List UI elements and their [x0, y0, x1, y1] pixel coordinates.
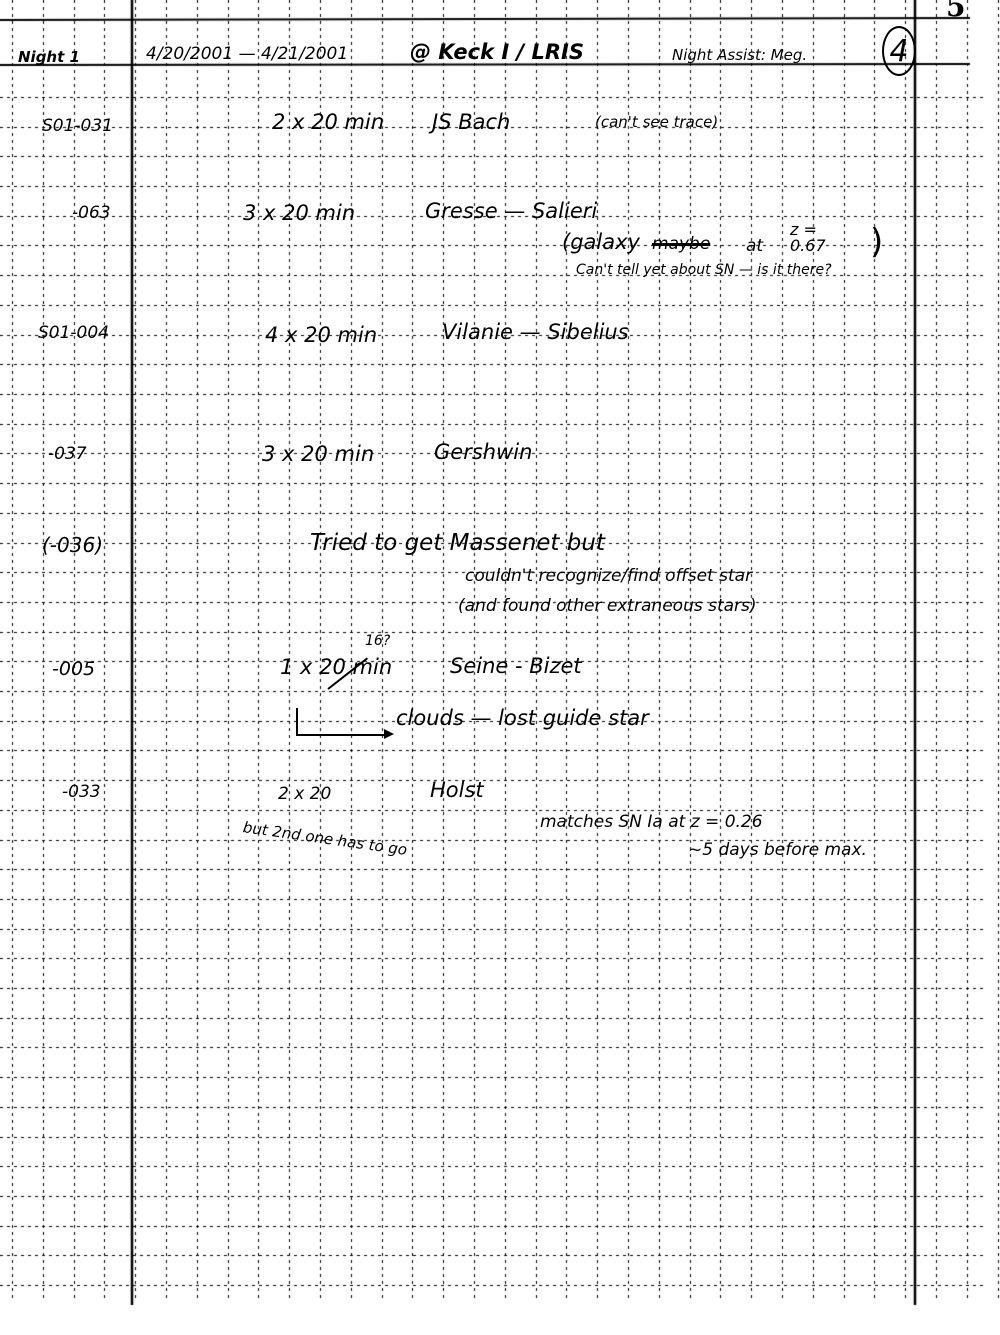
header-dates: 4/20/2001 — 4/21/2001 [146, 46, 348, 63]
circled-number-text: 4 [889, 34, 908, 69]
exposure: 1 x 20 min [280, 657, 392, 678]
note: (can't see trace) [595, 115, 718, 130]
exposure: 3 x 20 min [243, 203, 355, 224]
exposure-correction: 16? [365, 634, 390, 648]
target-id: -037 [48, 446, 87, 463]
note: couldn't recognize/find offset star [465, 568, 752, 585]
page-number: 5 [946, 0, 965, 23]
exposure: 3 x 20 min [262, 444, 374, 465]
arrow-connector [296, 708, 388, 736]
note: matches SN Ia at z = 0.26 [540, 814, 763, 831]
note: ~5 days before max. [688, 842, 867, 859]
note: Can't tell yet about SN — is it there? [576, 263, 832, 277]
object-name: Seine - Bizet [450, 656, 582, 677]
note: clouds — lost guide star [396, 708, 649, 729]
note: (and found other extraneous stars) [458, 598, 757, 615]
note: Tried to get Massenet but [310, 532, 605, 555]
target-id: -033 [62, 784, 101, 801]
target-id: -063 [72, 205, 111, 222]
circled-sheet-number: 4 [882, 26, 916, 76]
object-name: Vilanie — Sibelius [442, 322, 629, 343]
exposure: 4 x 20 min [265, 325, 377, 346]
exposure: 2 x 20 [278, 786, 331, 803]
object-name: Holst [430, 780, 484, 801]
note: ) [870, 225, 883, 259]
note-redshift: z = 0.67 [790, 222, 850, 254]
target-id: S01-004 [38, 325, 109, 342]
object-name: Gershwin [434, 442, 532, 463]
exposure: 2 x 20 min [272, 112, 384, 133]
target-id: S01-031 [42, 118, 113, 135]
note-struck: maybe [652, 236, 710, 253]
note: (galaxy [562, 232, 640, 253]
header-night: Night 1 [18, 50, 80, 65]
note: at [746, 238, 763, 255]
object-name: Gresse — Salieri [425, 201, 597, 222]
header-telescope: @ Keck I / LRIS [410, 42, 584, 63]
arrow-head-icon [384, 729, 394, 739]
header-assistant: Night Assist: Meg. [672, 48, 807, 63]
object-name: JS Bach [432, 112, 510, 133]
target-id: (-036) [42, 535, 103, 555]
target-id: -005 [52, 660, 95, 679]
